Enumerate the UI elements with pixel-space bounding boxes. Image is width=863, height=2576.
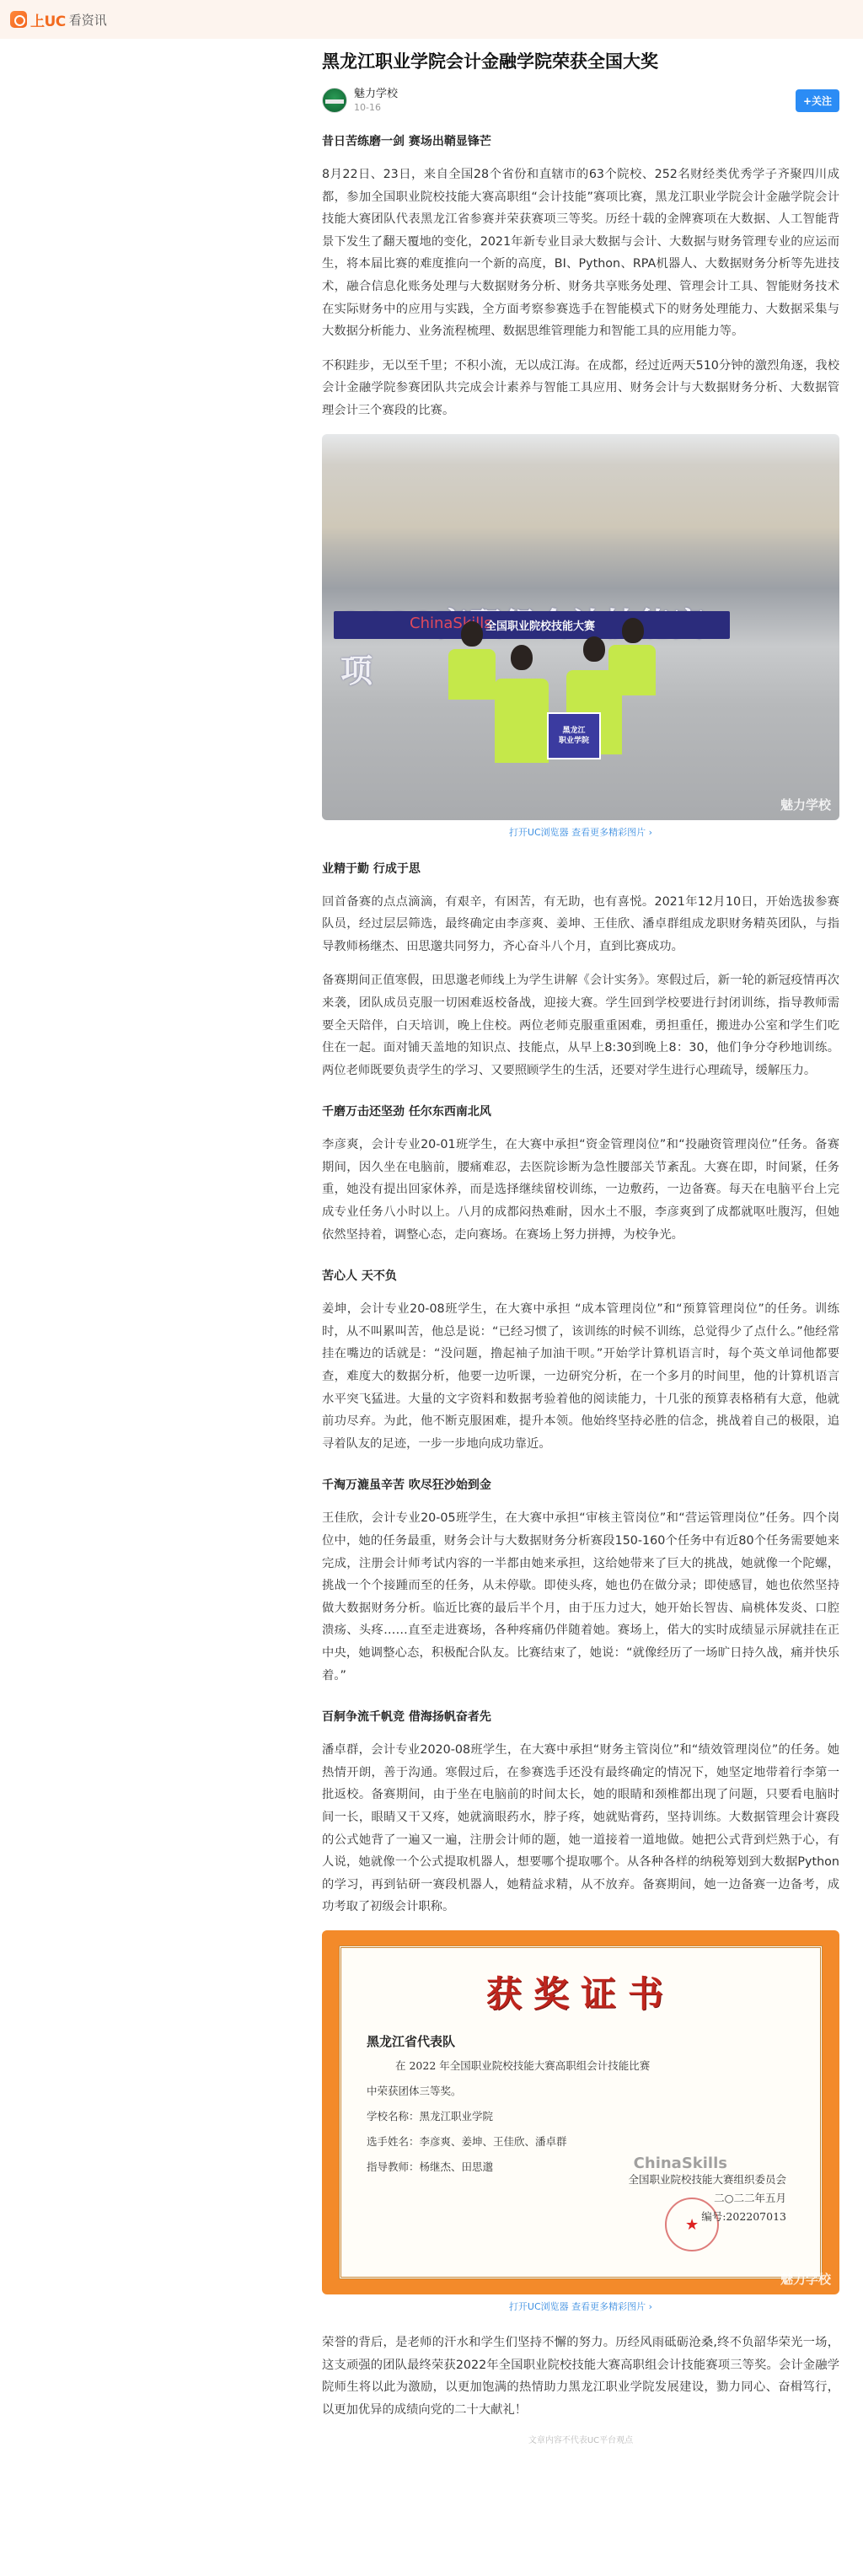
certificate-body: 获奖证书 黑龙江省代表队 在 2022 年全国职业院校技能大赛高职组会计技能比赛…: [339, 1945, 823, 2279]
author-name[interactable]: 魅力学校: [354, 87, 796, 101]
logo-text: 看资讯: [69, 11, 107, 29]
paragraph: 李彦爽，会计专业20-01班学生，在大赛中承担“资金管理岗位”和“投融资管理岗位…: [322, 1134, 839, 1246]
article-title: 黑龙江职业学院会计金融学院荣获全国大奖: [322, 49, 839, 74]
team-photo[interactable]: 2022高职组会计技能赛项 ChinaSkills 全国职业院校技能大赛 黑龙江…: [322, 434, 839, 820]
section-heading: 业精于勤 行成于思: [322, 861, 839, 877]
certificate-school: 学校名称：黑龙江职业学院: [367, 2104, 795, 2129]
banner-text: 全国职业院校技能大赛: [485, 617, 595, 633]
team-photo-figure: 2022高职组会计技能赛项 ChinaSkills 全国职业院校技能大赛 黑龙江…: [322, 434, 839, 839]
person-head: [622, 618, 644, 643]
person: [495, 679, 549, 763]
publish-date: 10-16: [354, 101, 796, 114]
certificate-issuer: 全国职业院校技能大赛组织委员会 二○二二年五月 编号:202207013: [628, 2171, 786, 2226]
section-heading: 昔日苦练磨一剑 赛场出鞘显锋芒: [322, 133, 839, 150]
paragraph: 备赛期间正值寒假，田思邈老师线上为学生讲解《会计实务》。寒假过后，新一轮的新冠疫…: [322, 969, 839, 1081]
section-heading: 千磨万击还坚劲 任尔东西南北风: [322, 1103, 839, 1120]
top-bar: 上UC 看资讯: [0, 0, 863, 39]
watermark: 魅力学校: [780, 2270, 831, 2288]
paragraph: 潘卓群，会计专业2020-08班学生，在大赛中承担“财务主管岗位”和“绩效管理岗…: [322, 1739, 839, 1919]
paragraph: 回首备赛的点点滴滴，有艰辛，有困苦，有无助，也有喜悦。2021年12月10日，开…: [322, 891, 839, 958]
chinaskills-logo: ChinaSkills: [634, 2155, 727, 2172]
person: [448, 649, 496, 700]
person-head: [461, 621, 483, 647]
certificate-title: 获奖证书: [367, 1967, 795, 2017]
school-plaque: 黑龙江 职业学院: [547, 712, 601, 759]
disclaimer: 文章内容不代表UC平台观点: [322, 2433, 839, 2445]
section-heading: 千淘万漉虽辛苦 吹尽狂沙始到金: [322, 1477, 839, 1494]
certificate-team: 黑龙江省代表队: [367, 2032, 795, 2050]
open-uc-browser-link[interactable]: 打开UC浏览器 查看更多精彩图片 ›: [322, 2301, 839, 2313]
certificate-image[interactable]: 获奖证书 黑龙江省代表队 在 2022 年全国职业院校技能大赛高职组会计技能比赛…: [322, 1930, 839, 2294]
certificate-number: 编号:202207013: [628, 2208, 786, 2226]
section-heading: 百舸争流千帆竞 借海扬帆奋者先: [322, 1709, 839, 1725]
issuer-name: 全国职业院校技能大赛组织委员会: [628, 2171, 786, 2189]
author-row: 魅力学校 10-16 +关注: [322, 86, 839, 115]
photo-banner: ChinaSkills 全国职业院校技能大赛: [334, 611, 730, 639]
paragraph: 不积跬步，无以至千里；不积小流，无以成江海。在成都，经过近两天510分钟的激烈角…: [322, 355, 839, 422]
closing-paragraph: 荣誉的背后，是老师的汗水和学生们坚持不懈的努力。历经风雨砥砺沧桑,终不负韶华荣光…: [322, 2332, 839, 2421]
paragraph: 8月22日、23日，来自全国28个省份和直辖市的63个院校、252名财经类优秀学…: [322, 164, 839, 343]
issue-date: 二○二二年五月: [628, 2189, 786, 2208]
certificate-line: 在 2022 年全国职业院校技能大赛高职组会计技能比赛: [367, 2053, 795, 2079]
paragraph: 王佳欣，会计专业20-05班学生，在大赛中承担“审核主管岗位”和“营运管理岗位”…: [322, 1507, 839, 1687]
person-head: [583, 636, 605, 662]
certificate-figure: 获奖证书 黑龙江省代表队 在 2022 年全国职业院校技能大赛高职组会计技能比赛…: [322, 1930, 839, 2313]
person-head: [511, 645, 533, 670]
follow-button[interactable]: +关注: [796, 89, 839, 112]
logo-brand: 上UC: [30, 9, 66, 30]
article: 黑龙江职业学院会计金融学院荣获全国大奖 魅力学校 10-16 +关注 昔日苦练磨…: [322, 39, 839, 2445]
author-avatar[interactable]: [322, 88, 347, 113]
watermark: 魅力学校: [780, 796, 831, 813]
uc-browser-icon: [10, 11, 27, 28]
uc-logo[interactable]: 上UC 看资讯: [10, 9, 107, 30]
author-meta: 魅力学校 10-16: [354, 87, 796, 114]
certificate-players: 选手姓名：李彦爽、姜坤、王佳欣、潘卓群: [367, 2129, 795, 2155]
open-uc-browser-link[interactable]: 打开UC浏览器 查看更多精彩图片 ›: [322, 827, 839, 839]
certificate-line: 中荣获团体三等奖。: [367, 2079, 795, 2104]
section-heading: 苦心人 天不负: [322, 1268, 839, 1285]
paragraph: 姜坤，会计专业20-08班学生，在大赛中承担 “成本管理岗位”和“预算管理岗位”…: [322, 1298, 839, 1455]
